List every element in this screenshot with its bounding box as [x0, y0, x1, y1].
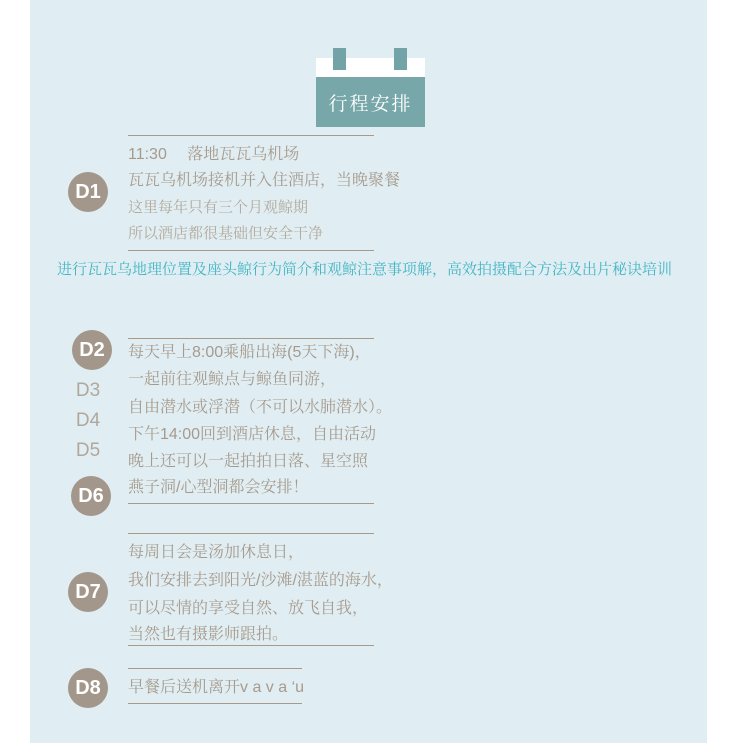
day-badge-d8: D8 [68, 668, 108, 708]
calendar-icon: 行程安排 [316, 48, 425, 127]
itinerary-line: 晚上还可以一起拍拍日落、星空照 [128, 452, 368, 472]
itinerary-line: 可以尽情的享受自然、放飞自我， [128, 599, 368, 619]
divider [128, 645, 374, 646]
itinerary-line: 所以酒店都很基础但安全干净 [128, 224, 323, 244]
itinerary-line: 这里每年只有三个月观鲸期 [128, 198, 308, 218]
itinerary-line: 早餐后送机离开v a v a ‘u [128, 678, 304, 698]
itinerary-poster: 行程安排 D1 D2 D3 D4 D5 D6 D7 D8 11:30 落地瓦瓦乌… [0, 0, 736, 751]
divider [128, 533, 374, 534]
calendar-ring-icon [333, 48, 346, 70]
divider [128, 135, 374, 136]
itinerary-line: 燕子洞/心型洞都会安排！ [128, 478, 308, 498]
divider [128, 668, 302, 669]
divider [128, 250, 374, 251]
day-badge-d6: D6 [71, 476, 111, 516]
training-note: 进行瓦瓦乌地理位置及座头鲸行为简介和观鲸注意事项解，高效拍摄配合方法及出片秘诀培… [57, 258, 672, 279]
page-title: 行程安排 [316, 77, 425, 127]
day-label-d5: D5 [68, 440, 108, 462]
itinerary-line: 我们安排去到阳光/沙滩/湛蓝的海水， [128, 571, 393, 591]
itinerary-line: 每周日会是汤加休息日， [128, 543, 304, 563]
itinerary-line: 每天早上8:00乘船出海(5天下海)， [128, 343, 371, 363]
itinerary-line: 自由潜水或浮潜（不可以水肺潜水）。 [128, 398, 392, 418]
divider [128, 503, 374, 504]
itinerary-line: 11:30 落地瓦瓦乌机场 [128, 145, 299, 165]
day-label-d4: D4 [68, 410, 108, 432]
divider [128, 338, 374, 339]
day-label-d3: D3 [68, 380, 108, 402]
itinerary-line: 一起前往观鲸点与鲸鱼同游， [128, 370, 336, 390]
day-badge-d1: D1 [68, 172, 108, 212]
itinerary-line: 瓦瓦乌机场接机并入住酒店，当晚聚餐 [128, 171, 400, 191]
divider [128, 703, 302, 704]
itinerary-line: 当然也有摄影师跟拍。 [128, 625, 288, 645]
calendar-ring-icon [394, 48, 407, 70]
day-badge-d7: D7 [68, 572, 108, 612]
day-badge-d2: D2 [72, 330, 112, 370]
itinerary-line: 下午14:00回到酒店休息，自由活动 [128, 425, 376, 445]
